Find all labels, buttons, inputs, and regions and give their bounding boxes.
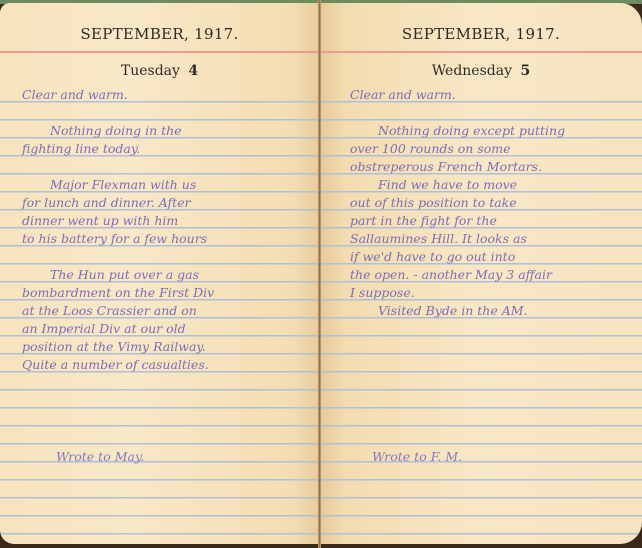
entry-line: at the Loos Crassier and on: [0, 301, 319, 319]
book-gutter: [318, 0, 321, 548]
weekday-label: Tuesday: [121, 63, 180, 79]
entry-line: [0, 247, 319, 265]
red-rule: [320, 51, 642, 53]
entry-line: Sallaumines Hill. It looks as: [320, 229, 642, 247]
entry-line: I suppose.: [320, 283, 642, 301]
entry-line: bombardment on the First Div: [0, 283, 319, 301]
entry-line: Quite a number of casualties.: [0, 355, 319, 373]
entry-line: [0, 103, 319, 121]
entry-line: part in the fight for the: [320, 211, 642, 229]
month-header: SEPTEMBER, 1917.: [320, 25, 642, 43]
day-number: 4: [188, 63, 198, 79]
day-heading: Tuesday 4: [0, 63, 319, 79]
closing-note: Wrote to May.: [56, 449, 144, 464]
entry-line: an Imperial Div at our old: [0, 319, 319, 337]
entry-line: if we'd have to go out into: [320, 247, 642, 265]
red-rule: [0, 51, 319, 53]
entry-line: Nothing doing except putting: [320, 121, 642, 139]
entry-line: Visited Byde in the AM.: [320, 301, 642, 319]
entry-line: dinner went up with him: [0, 211, 319, 229]
entry-line: Nothing doing in the: [0, 121, 319, 139]
handwritten-entry: Clear and warm. Nothing doing in the fig…: [0, 85, 319, 373]
entry-line: [320, 103, 642, 121]
entry-line: for lunch and dinner. After: [0, 193, 319, 211]
entry-line: Major Flexman with us: [0, 175, 319, 193]
handwritten-entry: Clear and warm. Nothing doing except put…: [320, 85, 642, 319]
closing-note: Wrote to F. M.: [372, 449, 462, 464]
day-number: 5: [520, 63, 530, 79]
entry-line: Clear and warm.: [320, 85, 642, 103]
entry-line: [0, 157, 319, 175]
entry-line: fighting line today.: [0, 139, 319, 157]
entry-line: obstreperous French Mortars.: [320, 157, 642, 175]
entry-line: Find we have to move: [320, 175, 642, 193]
left-page: SEPTEMBER, 1917. Tuesday 4 Clear and war…: [0, 3, 319, 544]
diary-spread: SEPTEMBER, 1917. Tuesday 4 Clear and war…: [0, 0, 642, 548]
day-heading: Wednesday 5: [320, 63, 642, 79]
entry-line: out of this position to take: [320, 193, 642, 211]
month-header: SEPTEMBER, 1917.: [0, 25, 319, 43]
entry-line: over 100 rounds on some: [320, 139, 642, 157]
weekday-label: Wednesday: [432, 63, 512, 79]
entry-line: Clear and warm.: [0, 85, 319, 103]
entry-line: position at the Vimy Railway.: [0, 337, 319, 355]
entry-line: the open. - another May 3 affair: [320, 265, 642, 283]
right-page: SEPTEMBER, 1917. Wednesday 5 Clear and w…: [320, 3, 642, 544]
entry-line: to his battery for a few hours: [0, 229, 319, 247]
entry-line: The Hun put over a gas: [0, 265, 319, 283]
